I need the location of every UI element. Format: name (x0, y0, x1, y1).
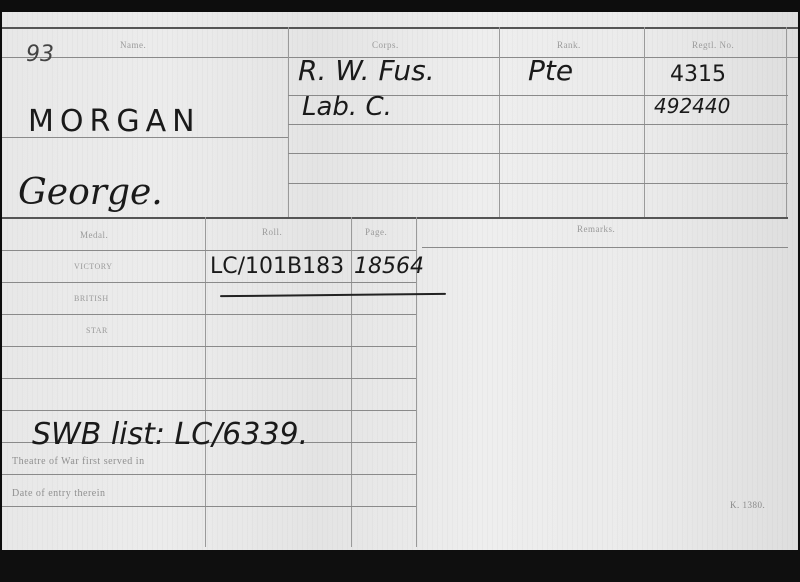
col-divider-corps (288, 27, 289, 217)
scan-border-bottom (0, 550, 800, 582)
remarks-header: Remarks. (577, 224, 615, 234)
row-line (288, 124, 788, 125)
corps-line-2: Lab. C. (302, 92, 392, 122)
theatre-label: Theatre of War first served in (12, 456, 145, 467)
row-line (2, 474, 416, 475)
row-line (2, 250, 416, 251)
rank-value: Pte (528, 54, 573, 87)
col-divider-regno (644, 27, 645, 217)
row-line (2, 410, 416, 411)
row-line (2, 378, 416, 379)
page-value: 18564 (354, 254, 424, 279)
form-number: K. 1380. (730, 500, 765, 510)
col-divider-rank (499, 27, 500, 217)
rank-header: Rank. (557, 40, 581, 50)
row-line (2, 282, 416, 283)
col-divider-roll (205, 217, 206, 547)
handwritten-underline (220, 293, 446, 297)
forename: George. (18, 172, 163, 213)
page-header: Page. (365, 227, 387, 237)
col-divider-right (786, 27, 787, 217)
section-divider (2, 217, 788, 219)
name-header: Name. (120, 40, 146, 50)
date-entry-label: Date of entry therein (12, 488, 106, 499)
medal-star: Star (86, 326, 108, 335)
roll-value: LC/101B183 (210, 254, 344, 279)
row-line (288, 153, 788, 154)
medal-victory: Victory (74, 262, 112, 271)
top-border (2, 27, 798, 29)
col-divider-page (351, 217, 352, 547)
medal-header: Medal. (80, 230, 108, 240)
row-line (422, 247, 788, 248)
row-line (288, 183, 788, 184)
roll-header: Roll. (262, 227, 282, 237)
regtl-no-2: 492440 (654, 94, 730, 118)
row-line (2, 314, 416, 315)
regtl-no-header: Regtl. No. (692, 40, 734, 50)
corps-line-1: R. W. Fus. (298, 54, 435, 87)
surname: MORGAN (28, 104, 201, 139)
ref-number: 93 (26, 42, 54, 67)
row-line (2, 506, 416, 507)
regtl-no-1: 4315 (670, 62, 726, 87)
swb-list-entry: SWB list: LC/6339. (32, 417, 308, 452)
row-line (2, 346, 416, 347)
corps-header: Corps. (372, 40, 399, 50)
medal-british: British (74, 294, 109, 303)
medal-index-card: Name. Corps. Rank. Regtl. No. Medal. Rol… (2, 12, 798, 550)
